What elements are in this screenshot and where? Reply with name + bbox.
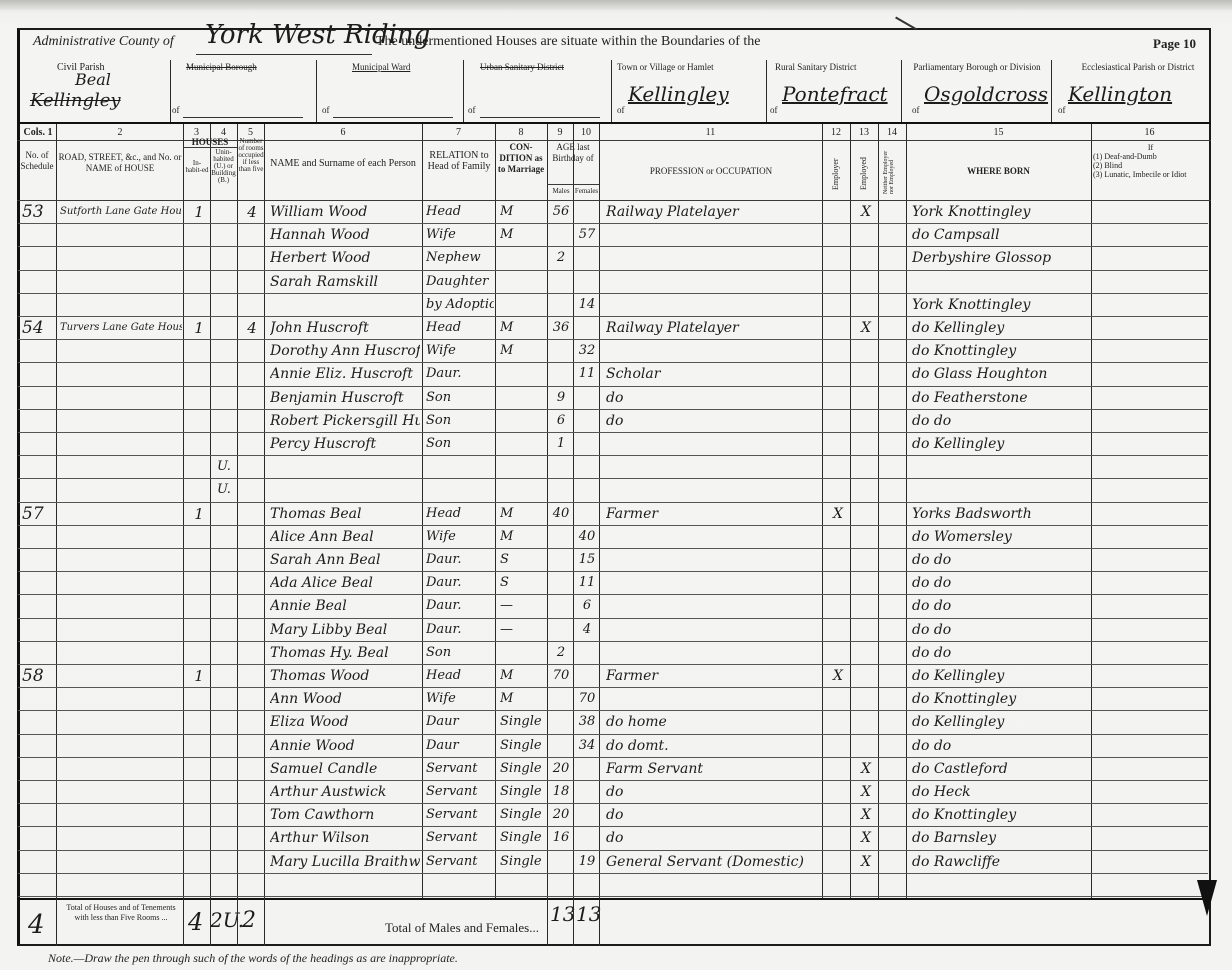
cell-employed: X [856, 806, 876, 824]
col-number: 13 [850, 127, 878, 138]
cell-name: Annie Eliz. Huscroft [270, 365, 420, 383]
cell-name: Benjamin Huscroft [270, 389, 420, 407]
col-header-inhabited: In-habit-ed [185, 160, 209, 174]
cell-schedule: 54 [22, 319, 56, 337]
row-rule [18, 803, 1208, 804]
cell-occupation: do [606, 829, 820, 847]
totals-divider [183, 898, 184, 946]
cell-where-born: do Kellingley [912, 713, 1090, 731]
cell-name: John Huscroft [270, 319, 420, 337]
parliamentary-value: Osgoldcross [924, 82, 1048, 106]
column-divider [547, 124, 548, 898]
cell-condition: Single [500, 829, 546, 847]
row-rule [18, 873, 1208, 874]
civil-parish-struck-value: Kellingley [30, 90, 121, 111]
cell-employed: X [856, 319, 876, 337]
cell-name: Sarah Ann Beal [270, 551, 420, 569]
cell-condition: Single [500, 760, 546, 778]
cell-relation: Nephew [426, 249, 494, 267]
row-rule [18, 734, 1208, 735]
cell-name: Samuel Candle [270, 760, 420, 778]
col-number: 12 [822, 127, 850, 138]
row-rule [18, 618, 1208, 619]
infirmity-if: If [1093, 143, 1208, 152]
cell-employed: X [856, 760, 876, 778]
header-rule [17, 200, 1211, 201]
cell-name: Herbert Wood [270, 249, 420, 267]
cell-male-age: 70 [550, 667, 572, 685]
urban-sanitary-underline [480, 117, 600, 118]
cell-relation: Daur. [426, 574, 494, 592]
row-rule [18, 687, 1208, 688]
row-rule [18, 293, 1208, 294]
cell-name: Thomas Wood [270, 667, 420, 685]
cols-label: Cols. 1 [20, 127, 56, 138]
cell-condition: M [500, 528, 546, 546]
cell-condition: M [500, 690, 546, 708]
cell-male-age: 36 [550, 319, 572, 337]
margin-mark-icon [1197, 880, 1217, 916]
col-header-females: Females [574, 188, 599, 195]
row-rule [18, 896, 1208, 897]
cell-where-born: do Knottingley [912, 690, 1090, 708]
row-rule [18, 362, 1208, 363]
totals-divider [56, 898, 57, 946]
row-rule [18, 502, 1208, 503]
cell-name: William Wood [270, 203, 420, 221]
column-divider [56, 124, 57, 898]
cell-occupation: Railway Platelayer [606, 203, 820, 221]
cell-occupation: Scholar [606, 365, 820, 383]
of-label: of [172, 105, 180, 115]
cell-name: Arthur Austwick [270, 783, 420, 801]
cell-where-born: do do [912, 574, 1090, 592]
cell-where-born: do Featherstone [912, 389, 1090, 407]
cell-relation: Servant [426, 853, 494, 871]
cell-occupation: do [606, 412, 820, 430]
totals-uninhabited: 2U. [210, 908, 244, 932]
header-bottom-rule [17, 122, 1211, 124]
cell-relation: Son [426, 435, 494, 453]
cell-condition: — [500, 597, 546, 615]
cell-name: Percy Huscroft [270, 435, 420, 453]
cell-name: Alice Ann Beal [270, 528, 420, 546]
cell-rooms: 4 [243, 203, 261, 221]
of-label: of [770, 105, 778, 115]
of-label: of [322, 105, 330, 115]
col-header-occupation: PROFESSION or OCCUPATION [600, 166, 822, 177]
column-divider [906, 124, 907, 898]
cell-uninhabited: U. [213, 458, 235, 476]
row-rule [18, 270, 1208, 271]
cell-condition: M [500, 667, 546, 685]
page-edge-shadow [0, 0, 1232, 10]
cell-occupation: do domt. [606, 737, 820, 755]
cell-male-age: 40 [550, 505, 572, 523]
header-divider [170, 60, 171, 122]
row-rule [18, 826, 1208, 827]
cell-relation: by Adoption [426, 296, 494, 314]
cell-female-age: 40 [576, 528, 598, 546]
header-rule [547, 184, 599, 185]
cell-name: Thomas Hy. Beal [270, 644, 420, 662]
cell-employer: X [828, 667, 848, 685]
cell-where-born: do do [912, 737, 1090, 755]
cell-name: Sarah Ramskill [270, 273, 420, 291]
of-label: of [468, 105, 476, 115]
col-number: 8 [495, 127, 547, 138]
cell-where-born: do Campsall [912, 226, 1090, 244]
header-divider [316, 60, 317, 122]
cell-female-age: 11 [576, 365, 598, 383]
cell-name: Thomas Beal [270, 505, 420, 523]
cell-inhabited: 1 [190, 505, 208, 523]
column-divider [183, 124, 184, 898]
totals-divider [547, 898, 548, 946]
cell-female-age: 32 [576, 342, 598, 360]
col-header-rooms: Number of rooms occupied if less than fi… [238, 138, 264, 173]
cell-male-age: 6 [550, 412, 572, 430]
ecclesiastical-label: Ecclesiastical Parish or District [1068, 62, 1208, 73]
totals-label: Total of Houses and of Tenements with le… [62, 903, 180, 923]
cell-where-born: do Castleford [912, 760, 1090, 778]
admin-county-underline [196, 54, 372, 55]
column-divider [1091, 124, 1092, 898]
cell-female-age: 70 [576, 690, 598, 708]
cell-relation: Daughter [426, 273, 494, 291]
row-rule [18, 455, 1208, 456]
totals-divider [237, 898, 238, 946]
cell-name: Ann Wood [270, 690, 420, 708]
cell-male-age: 1 [550, 435, 572, 453]
cell-condition: S [500, 574, 546, 592]
row-rule [18, 246, 1208, 247]
municipal-ward-label: Municipal Ward [352, 62, 410, 72]
totals-divider [599, 898, 600, 946]
cell-house: Sutforth Lane Gate House [60, 203, 182, 221]
footer-note: Note.—Draw the pen through such of the w… [48, 951, 458, 966]
row-rule [18, 664, 1208, 665]
cell-where-born: do Kellingley [912, 319, 1090, 337]
cell-condition: M [500, 203, 546, 221]
cell-condition: S [500, 551, 546, 569]
municipal-ward-underline [333, 117, 453, 118]
cell-condition: M [500, 505, 546, 523]
col-header-schedule: No. of Schedule [18, 150, 56, 172]
row-rule [18, 780, 1208, 781]
cell-name: Ada Alice Beal [270, 574, 420, 592]
boundaries-text: The undermentioned Houses are situate wi… [376, 34, 761, 50]
cell-where-born: do Womersley [912, 528, 1090, 546]
cell-relation: Daur. [426, 597, 494, 615]
of-label: of [617, 105, 625, 115]
cell-condition: Single [500, 713, 546, 731]
census-page: Administrative County of York West Ridin… [0, 0, 1232, 970]
cell-occupation: Farmer [606, 667, 820, 685]
totals-females: 13 [576, 902, 601, 926]
cell-female-age: 14 [576, 296, 598, 314]
infirmity-1: (1) Deaf-and-Dumb [1093, 152, 1208, 161]
cell-relation: Head [426, 667, 494, 685]
header-divider [901, 60, 902, 122]
cell-male-age: 2 [550, 249, 572, 267]
cell-name: Dorothy Ann Huscroft [270, 342, 420, 360]
cell-male-age: 20 [550, 760, 572, 778]
cell-occupation: do home [606, 713, 820, 731]
totals-inhabited: 4 [188, 908, 203, 936]
cell-where-born: do Knottingley [912, 806, 1090, 824]
totals-males-females-label: Total of Males and Females... [385, 920, 539, 936]
cell-occupation: do [606, 806, 820, 824]
column-divider [850, 124, 851, 898]
cell-condition: Single [500, 783, 546, 801]
col-header-employed: Employed [859, 146, 868, 190]
cell-where-born: do Heck [912, 783, 1090, 801]
town-village-label: Town or Village or Hamlet [617, 62, 714, 72]
header-divider [1051, 60, 1052, 122]
cell-rooms: 4 [243, 319, 261, 337]
cell-female-age: 38 [576, 713, 598, 731]
cell-inhabited: 1 [190, 203, 208, 221]
col-header-condition: CON-DITION as to Marriage [497, 142, 545, 175]
totals-schedules: 4 [28, 910, 45, 940]
column-divider [599, 124, 600, 898]
parliamentary-label: Parliamentary Borough or Division [912, 62, 1042, 73]
column-divider [237, 124, 238, 898]
municipal-borough-underline [183, 117, 303, 118]
cell-uninhabited: U. [213, 481, 235, 499]
header-divider [463, 60, 464, 122]
row-rule [18, 478, 1208, 479]
row-rule [18, 525, 1208, 526]
cell-where-born: York Knottingley [912, 296, 1090, 314]
col-number: 6 [264, 127, 422, 138]
cell-where-born: do do [912, 644, 1090, 662]
cell-relation: Wife [426, 528, 494, 546]
cell-employed: X [856, 783, 876, 801]
cell-house: Turvers Lane Gate House [60, 319, 182, 337]
column-divider [878, 124, 879, 898]
row-rule [18, 409, 1208, 410]
row-rule [18, 594, 1208, 595]
cell-where-born: do do [912, 597, 1090, 615]
row-rule [18, 850, 1208, 851]
col-header-employer: Employer [831, 146, 840, 190]
cell-name: Annie Beal [270, 597, 420, 615]
cell-employed: X [856, 829, 876, 847]
municipal-borough-label: Municipal Borough [186, 62, 257, 72]
cell-where-born: do Kellingley [912, 667, 1090, 685]
cell-relation: Son [426, 412, 494, 430]
cell-employed: X [856, 853, 876, 871]
rural-sanitary-label: Rural Sanitary District [775, 62, 856, 72]
col-number: 14 [878, 127, 906, 138]
cell-condition: — [500, 621, 546, 639]
rural-sanitary-value: Pontefract [782, 82, 888, 106]
cell-occupation: Farmer [606, 505, 820, 523]
row-rule [18, 316, 1208, 317]
cell-name: Arthur Wilson [270, 829, 420, 847]
col-header-infirmity: If (1) Deaf-and-Dumb (2) Blind (3) Lunat… [1093, 143, 1208, 179]
cell-relation: Daur. [426, 551, 494, 569]
cell-relation: Servant [426, 806, 494, 824]
row-rule [18, 757, 1208, 758]
cell-occupation: Farm Servant [606, 760, 820, 778]
col-header-relation: RELATION to Head of Family [424, 150, 494, 172]
row-rule [18, 710, 1208, 711]
cell-female-age: 34 [576, 737, 598, 755]
totals-top-rule [17, 898, 1211, 900]
cell-schedule: 57 [22, 505, 56, 523]
admin-county-label: Administrative County of [33, 34, 174, 50]
column-divider [822, 124, 823, 898]
cell-relation: Daur. [426, 365, 494, 383]
cell-condition: Single [500, 853, 546, 871]
cell-female-age: 11 [576, 574, 598, 592]
cell-name: Robert Pickersgill Huscroft [270, 412, 420, 430]
row-rule [18, 386, 1208, 387]
col-header-age: AGE last Birthday of [549, 142, 597, 164]
infirmity-2: (2) Blind [1093, 161, 1208, 170]
of-label: of [912, 105, 920, 115]
cell-female-age: 4 [576, 621, 598, 639]
cell-male-age: 56 [550, 203, 572, 221]
ecclesiastical-value: Kellington [1068, 82, 1172, 106]
row-rule [18, 641, 1208, 642]
cell-where-born: do Barnsley [912, 829, 1090, 847]
cell-female-age: 57 [576, 226, 598, 244]
col-number: 7 [422, 127, 495, 138]
cell-relation: Head [426, 319, 494, 337]
cell-name: Tom Cawthorn [270, 806, 420, 824]
col-header-houses: HOUSES [185, 137, 235, 148]
totals-males: 13 [550, 902, 575, 926]
col-header-neither: Neither Employer nor Employed [883, 144, 901, 194]
col-header-name: NAME and Surname of each Person [268, 158, 418, 169]
col-number: 16 [1091, 127, 1208, 138]
cell-where-born: do Knottingley [912, 342, 1090, 360]
cell-where-born: do Kellingley [912, 435, 1090, 453]
cell-male-age: 9 [550, 389, 572, 407]
cell-male-age: 16 [550, 829, 572, 847]
cell-female-age: 6 [576, 597, 598, 615]
cell-male-age: 2 [550, 644, 572, 662]
cell-employer: X [828, 505, 848, 523]
col-header-uninhabited: Unin-habited (U.) or Building (B.) [211, 149, 236, 184]
cell-female-age: 19 [576, 853, 598, 871]
column-divider [210, 124, 211, 898]
col-header-where-born: WHERE BORN [906, 166, 1091, 177]
cell-relation: Daur. [426, 621, 494, 639]
cell-relation: Wife [426, 226, 494, 244]
cell-name: Mary Libby Beal [270, 621, 420, 639]
column-divider [264, 124, 265, 898]
cell-relation: Son [426, 389, 494, 407]
cell-condition: M [500, 342, 546, 360]
col-number: 15 [906, 127, 1091, 138]
cell-relation: Wife [426, 342, 494, 360]
cell-schedule: 58 [22, 667, 56, 685]
cell-condition: Single [500, 737, 546, 755]
col-number: 10 [573, 127, 599, 138]
cell-relation: Son [426, 644, 494, 662]
cell-condition: M [500, 226, 546, 244]
cell-relation: Wife [426, 690, 494, 708]
header-divider [611, 60, 612, 122]
cell-relation: Daur [426, 713, 494, 731]
cell-relation: Head [426, 505, 494, 523]
header-divider [766, 60, 767, 122]
town-village-value: Kellingley [628, 82, 729, 106]
cell-relation: Servant [426, 760, 494, 778]
cell-where-born: do do [912, 551, 1090, 569]
civil-parish-value: Beal [75, 70, 111, 89]
cell-occupation: Railway Platelayer [606, 319, 820, 337]
totals-divider [210, 898, 211, 946]
cell-male-age: 18 [550, 783, 572, 801]
row-rule [18, 432, 1208, 433]
col-number: 9 [547, 127, 573, 138]
row-rule [18, 548, 1208, 549]
cell-name: Eliza Wood [270, 713, 420, 731]
row-rule [18, 571, 1208, 572]
cell-employed: X [856, 203, 876, 221]
row-rule [18, 223, 1208, 224]
cell-female-age: 15 [576, 551, 598, 569]
cell-relation: Daur [426, 737, 494, 755]
col-number: 11 [599, 127, 822, 138]
cell-where-born: do do [912, 621, 1090, 639]
cell-where-born: do Rawcliffe [912, 853, 1090, 871]
cell-where-born: Yorks Badsworth [912, 505, 1090, 523]
cell-where-born: do Glass Houghton [912, 365, 1090, 383]
cell-condition: Single [500, 806, 546, 824]
totals-divider [264, 898, 265, 946]
cell-inhabited: 1 [190, 319, 208, 337]
cell-inhabited: 1 [190, 667, 208, 685]
cell-condition: M [500, 319, 546, 337]
cell-name: Hannah Wood [270, 226, 420, 244]
cell-relation: Servant [426, 829, 494, 847]
urban-sanitary-label: Urban Sanitary District [480, 62, 564, 72]
column-divider [573, 124, 574, 898]
totals-divider [573, 898, 574, 946]
totals-rooms: 2 [242, 908, 256, 933]
cell-occupation: General Servant (Domestic) [606, 853, 820, 871]
cell-relation: Head [426, 203, 494, 221]
cell-schedule: 53 [22, 203, 56, 221]
col-header-road: ROAD, STREET, &c., and No. or NAME of HO… [58, 152, 182, 174]
col-number: 2 [57, 127, 183, 138]
cell-name: Mary Lucilla Braithwaite [270, 853, 420, 871]
column-divider [495, 124, 496, 898]
cell-where-born: Derbyshire Glossop [912, 249, 1090, 267]
cell-occupation: do [606, 389, 820, 407]
cell-where-born: York Knottingley [912, 203, 1090, 221]
column-divider [422, 124, 423, 898]
cell-occupation: do [606, 783, 820, 801]
cell-relation: Servant [426, 783, 494, 801]
cell-male-age: 20 [550, 806, 572, 824]
infirmity-3: (3) Lunatic, Imbecile or Idiot [1093, 170, 1208, 179]
of-label: of [1058, 105, 1066, 115]
cell-where-born: do do [912, 412, 1090, 430]
cell-name: Annie Wood [270, 737, 420, 755]
col-header-males: Males [549, 188, 573, 195]
row-rule [18, 339, 1208, 340]
page-number: Page 10 [1153, 36, 1196, 52]
